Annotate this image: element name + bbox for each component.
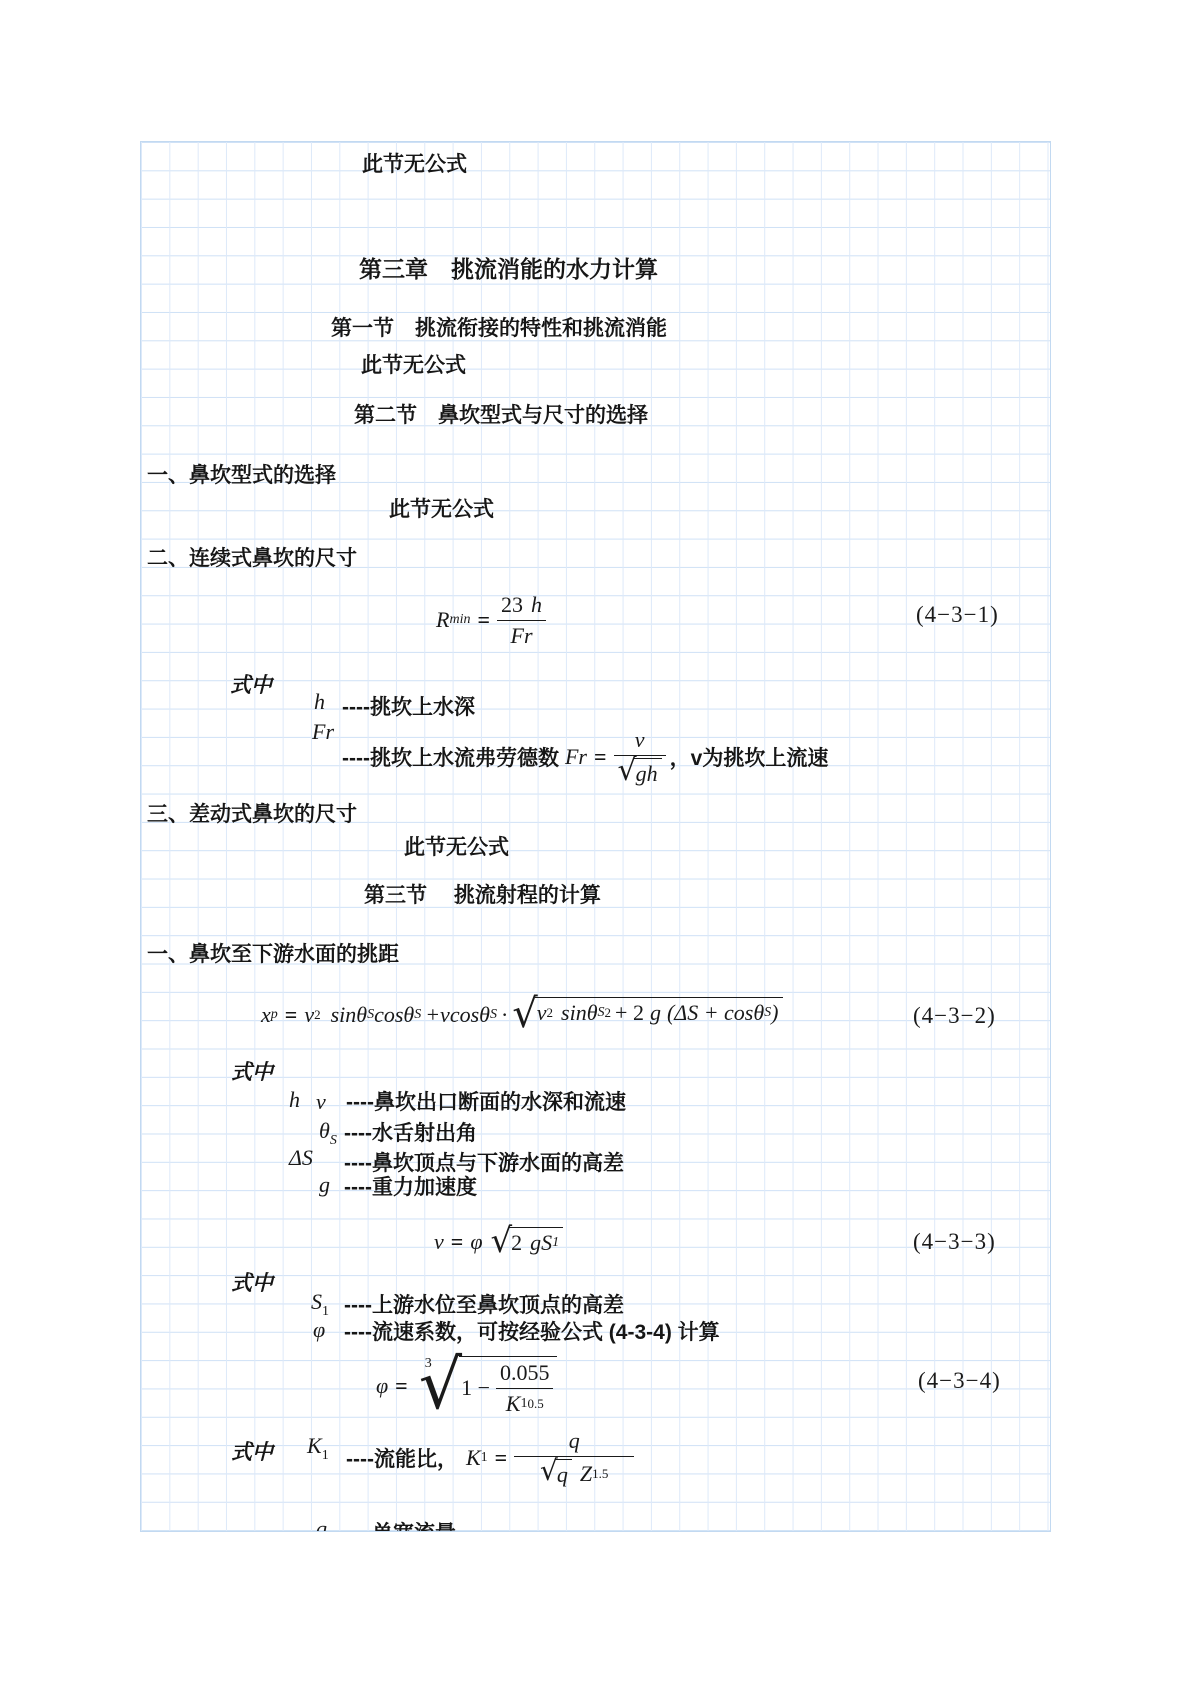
chapter-heading: 第三章 挑流消能的水力计算	[359, 251, 658, 284]
where-label-2: 式中	[231, 1056, 273, 1086]
def-fr-pre: ----挑坎上水流弗劳德数	[342, 742, 559, 772]
def-ds-symbol: ΔS	[289, 1145, 313, 1171]
no-formula-note-1: 此节无公式	[362, 148, 467, 178]
def-phi-symbol: φ	[313, 1317, 325, 1343]
eq1-num-var: h	[531, 592, 542, 618]
def-q-desc: ----单宽流量	[344, 1517, 456, 1532]
eq2-r1: v	[537, 1000, 547, 1026]
k1-sub: 1	[322, 1448, 329, 1463]
def-fr-line: ----挑坎上水流弗劳德数 Fr = v √ gh ，v为挑坎上流速	[342, 725, 828, 789]
item-a1: 一、鼻坎型式的选择	[147, 459, 336, 489]
def-fr-post: ，v为挑坎上流速	[670, 742, 829, 772]
equation-number-4-3-1: (4−3−1)	[916, 602, 999, 628]
eq2-cos-sub: S	[414, 1007, 421, 1023]
def-hv-desc: ----鼻坎出口断面的水深和流速	[346, 1086, 626, 1116]
eq2-r5: )	[771, 1000, 778, 1026]
eq3-rad-sub: 1	[552, 1235, 559, 1251]
item-a3: 三、差动式鼻坎的尺寸	[147, 798, 357, 828]
no-formula-note-4: 此节无公式	[404, 831, 509, 861]
eq1-fraction: 23h Fr	[497, 592, 546, 649]
def-fr-symbol: Fr	[312, 719, 334, 745]
eq2-r2-sub: S	[598, 1005, 605, 1021]
eq2-lhs: x	[261, 1002, 271, 1028]
def-k1-den-rad: q	[557, 1462, 568, 1488]
def-q-symbol: q	[316, 1516, 327, 1532]
equation-number-4-3-2: (4−3−2)	[913, 1003, 996, 1029]
where-label-3: 式中	[231, 1267, 273, 1297]
def-hv-symbol-h: h	[289, 1087, 300, 1113]
grid-paper: 此节无公式 第三章 挑流消能的水力计算 第一节 挑流衔接的特性和挑流消能 此节无…	[140, 141, 1051, 1532]
eq2-equals: =	[285, 1002, 298, 1028]
eq4-lead: 1 −	[461, 1375, 490, 1401]
equation-number-4-3-3: (4−3−3)	[913, 1229, 996, 1255]
k1: K	[307, 1433, 322, 1458]
item-b1: 一、鼻坎至下游水面的挑距	[147, 938, 399, 968]
eq1-den: Fr	[511, 623, 533, 649]
eq2-vcos-sub: S	[490, 1007, 497, 1023]
sqrt-gh: √ gh	[618, 758, 662, 787]
no-formula-note-3: 此节无公式	[389, 493, 494, 523]
def-g-symbol: g	[319, 1172, 330, 1198]
eq2-sin: sinθ	[331, 1002, 367, 1028]
eq3-coef: φ	[470, 1229, 482, 1255]
def-k1-den-sup: 1.5	[592, 1466, 608, 1482]
eq1-lhs-sub: min	[449, 612, 470, 628]
def-phi-desc: ----流速系数，可按经验公式 (4-3-4) 计算	[344, 1316, 720, 1346]
def-k1-lhs-sub: 1	[481, 1450, 488, 1466]
where-label-4: 式中	[231, 1436, 273, 1466]
item-a2: 二、连续式鼻坎的尺寸	[147, 542, 357, 572]
s1: S	[311, 1289, 322, 1314]
eq4-den-base: K	[506, 1391, 521, 1417]
def-hv-symbol-v: v	[316, 1089, 326, 1115]
def-fr-num: v	[635, 727, 645, 753]
eq3-radical: √ 2 gS1	[490, 1227, 563, 1257]
equation-phi: φ = 3 √ 1 − 0.055 K10.5	[376, 1354, 557, 1418]
eq4-lhs: φ	[376, 1373, 388, 1399]
def-k1-symbol: K1	[307, 1433, 329, 1464]
eq1-equals: =	[477, 607, 490, 633]
sqrt-q: √ q	[540, 1459, 572, 1488]
eq4-den-sub: 1	[520, 1396, 527, 1412]
eq1-lhs: R	[436, 607, 449, 633]
def-k1-lhs: K	[466, 1445, 481, 1471]
eq2-v-sup: 2	[314, 1007, 321, 1023]
fraction-bar	[497, 620, 546, 621]
eq2-r1-sup: 2	[547, 1005, 554, 1021]
def-k1-line: ----流能比， K1 = q √ q Z1.5	[346, 1427, 634, 1489]
eq2-sin-sub: S	[367, 1007, 374, 1023]
section3-heading: 第三节 挑流射程的计算	[364, 879, 601, 909]
eq4-den-sup: 0.5	[527, 1396, 543, 1412]
eq2-r2-sup: 2	[605, 1005, 612, 1021]
eq2-v: v	[304, 1002, 314, 1028]
eq3-lhs: v	[434, 1229, 444, 1255]
eq2-r2: sinθ	[561, 1000, 597, 1026]
document-page: 此节无公式 第三章 挑流消能的水力计算 第一节 挑流衔接的特性和挑流消能 此节无…	[0, 0, 1191, 1684]
def-fr-equals: =	[594, 744, 607, 770]
def-k1-fraction: q √ q Z1.5	[514, 1428, 634, 1488]
def-h-symbol: h	[314, 689, 325, 715]
eq2-r3: + 2	[615, 1000, 644, 1026]
eq3-rad-num: 2	[511, 1230, 522, 1256]
eq2-dot: ·	[501, 1002, 508, 1028]
fraction-bar	[496, 1388, 554, 1389]
def-k1-den-var: Z	[580, 1461, 592, 1487]
where-label-1: 式中	[230, 669, 272, 699]
fraction-bar	[514, 1456, 634, 1457]
def-fr-fraction: v √ gh	[614, 727, 666, 787]
def-k1-equals: =	[495, 1445, 508, 1471]
def-k1-num: q	[569, 1428, 580, 1454]
equation-xp: xp = v2 sinθS cosθS +vcosθS · √ v2 sinθS…	[261, 995, 783, 1035]
eq2-cos: cosθ	[374, 1002, 414, 1028]
eq2-r4: (ΔS + cosθ	[667, 1000, 764, 1026]
equation-number-4-3-4: (4−3−4)	[918, 1368, 1001, 1394]
equation-rmin: Rmin = 23h Fr	[436, 594, 546, 646]
def-g-desc: ----重力加速度	[344, 1171, 477, 1201]
section1-heading: 第一节 挑流衔接的特性和挑流消能	[331, 312, 667, 342]
eq4-equals: =	[395, 1373, 408, 1399]
eq3-equals: =	[451, 1229, 464, 1255]
def-theta-symbol: θS	[319, 1118, 337, 1149]
def-fr-radicand: gh	[636, 761, 658, 787]
theta: θ	[319, 1118, 330, 1143]
eq2-vcos: +vcosθ	[425, 1002, 490, 1028]
def-theta-desc: ----水舌射出角	[344, 1117, 477, 1147]
equation-v: v = φ √ 2 gS1	[434, 1224, 563, 1260]
def-fr-lhs: Fr	[565, 744, 587, 770]
section2-heading: 第二节 鼻坎型式与尺寸的选择	[354, 399, 648, 429]
eq4-num: 0.055	[500, 1360, 550, 1386]
eq4-cube-root: 3 √ 1 − 0.055 K10.5	[419, 1356, 558, 1417]
def-k1-desc: ----流能比，	[346, 1443, 458, 1473]
eq1-num-coef: 23	[501, 592, 523, 618]
eq2-r3b: g	[650, 1000, 661, 1026]
def-h-desc: ----挑坎上水深	[342, 691, 475, 721]
eq2-radical: √ v2 sinθS2 + 2 g (ΔS + cosθS )	[512, 997, 782, 1032]
def-s1-symbol: S1	[311, 1289, 329, 1320]
no-formula-note-2: 此节无公式	[361, 349, 466, 379]
eq3-rad-var: gS	[530, 1230, 552, 1256]
root-index: 3	[425, 1356, 432, 1372]
theta-sub: S	[330, 1133, 337, 1148]
eq2-lhs-sub: p	[271, 1007, 278, 1023]
def-s1-desc: ----上游水位至鼻坎顶点的高差	[344, 1289, 624, 1319]
eq4-fraction: 0.055 K10.5	[496, 1360, 554, 1417]
